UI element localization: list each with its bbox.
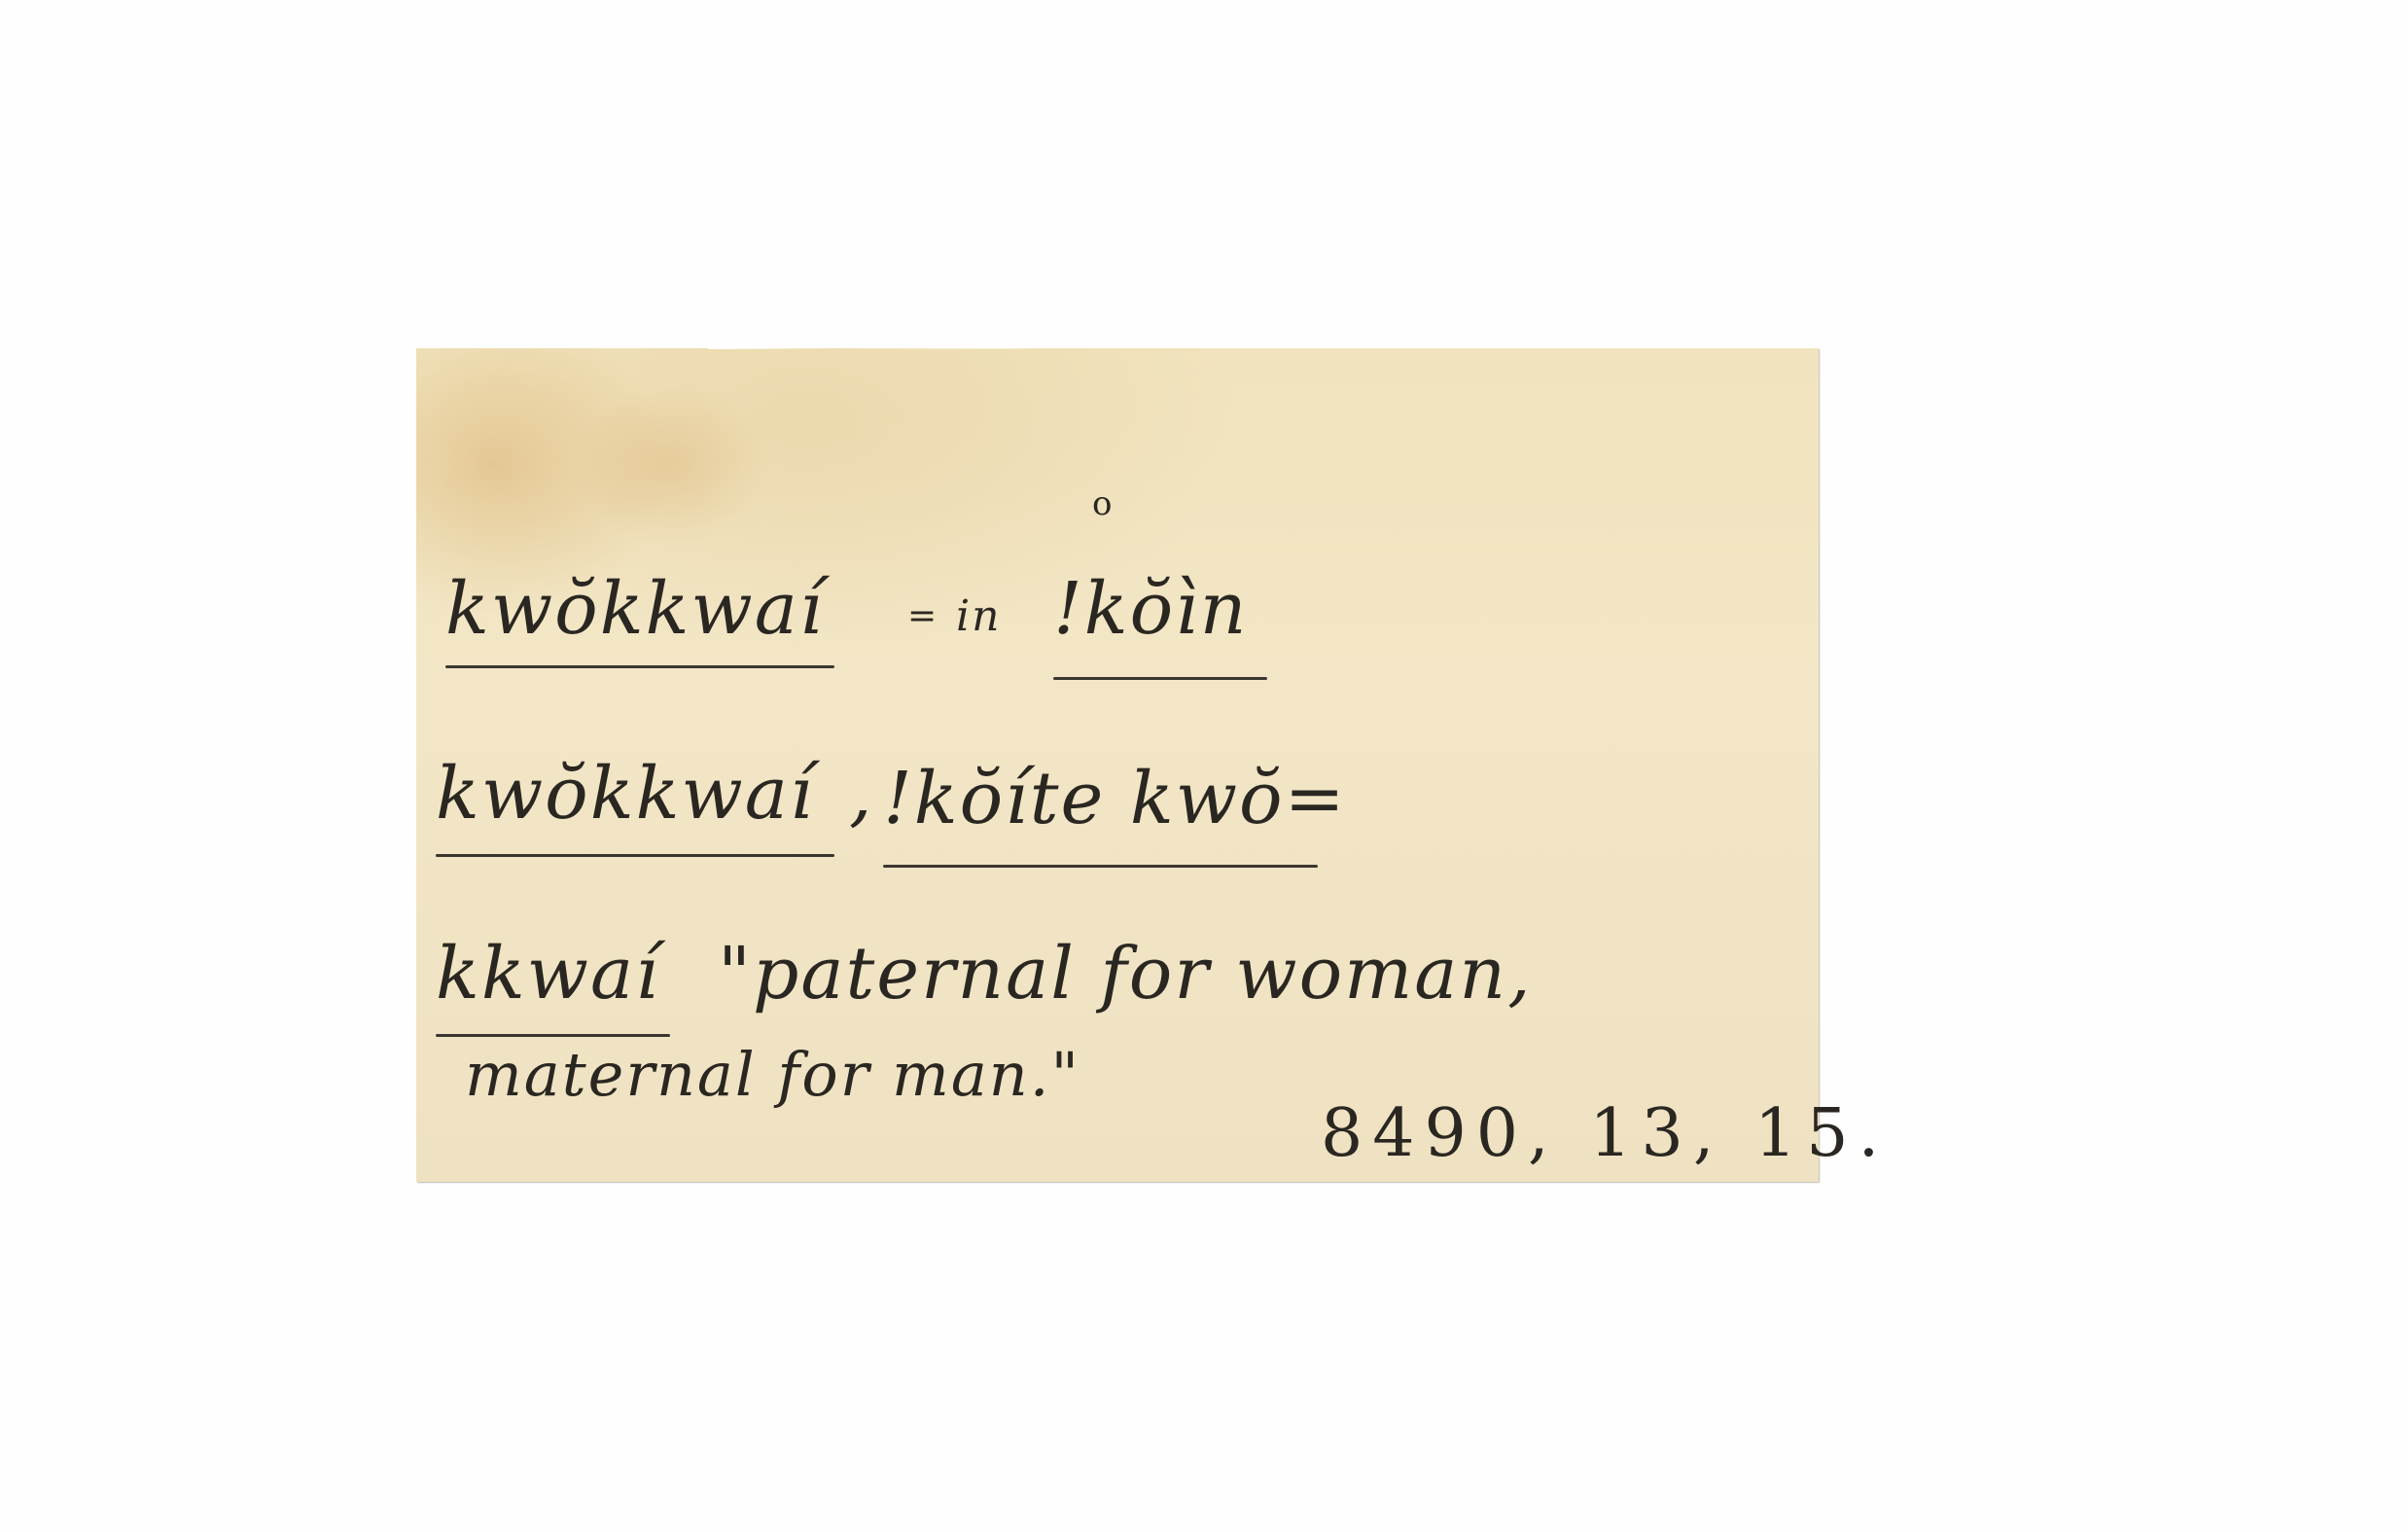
underline (1053, 677, 1267, 680)
gloss-line1: "paternal for woman, (718, 932, 1533, 1016)
index-card: kwŏkkwaí = in o !kŏìn kwŏkkwaí , !kŏíte … (416, 348, 1819, 1182)
term-text: kwŏkkwaí (436, 752, 815, 836)
term-kwokkwai-1: kwŏkkwaí (445, 567, 825, 651)
card-torn-edge (708, 345, 1126, 350)
variant-text: !kŏíte kwŏ= (883, 757, 1347, 840)
comma-separator: , (849, 752, 874, 836)
underline (436, 1034, 670, 1037)
gloss-line2: maternal for man." (465, 1039, 1080, 1110)
language-name: !kŏìn (1053, 567, 1248, 651)
underline (445, 665, 834, 668)
variant-term-part1: !kŏíte kwŏ= (883, 757, 1347, 840)
variant-term-part2: kkwaí (436, 932, 660, 1016)
reference-number: 8490, 13, 15. (1321, 1095, 1889, 1172)
ring-mark: o (1092, 484, 1112, 523)
underline (883, 865, 1318, 868)
equals-marker: = (907, 596, 938, 636)
variant-text: kkwaí (436, 932, 660, 1016)
term-kwokkwai-2: kwŏkkwaí (436, 752, 815, 836)
term-text: kwŏkkwaí (445, 567, 825, 651)
connector-in: in (956, 591, 1001, 641)
language-text: !kŏìn (1053, 567, 1248, 651)
underline (436, 854, 834, 857)
